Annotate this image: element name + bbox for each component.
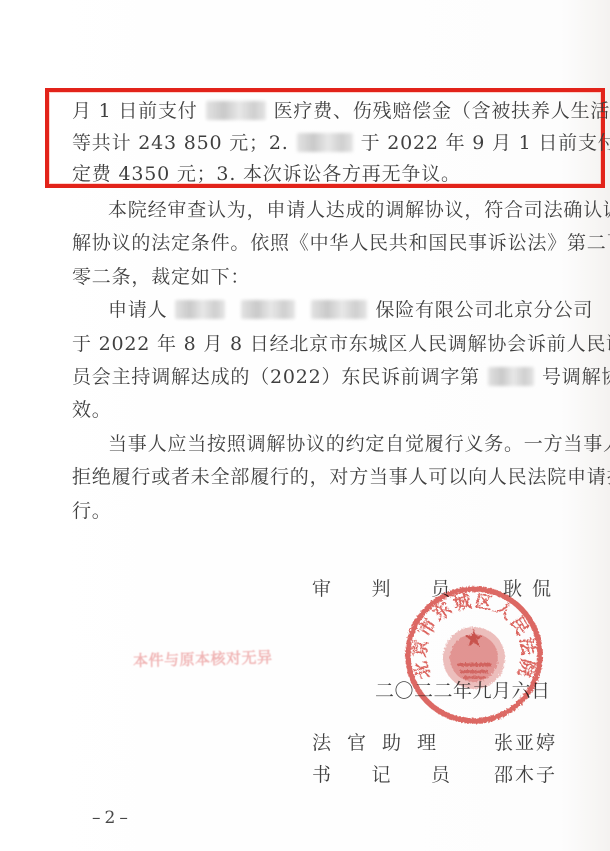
text-segment: 医疗费、伤残赔偿金（含被扶养人生活费） — [274, 100, 610, 122]
clerk-name: 邵木子 — [494, 760, 557, 787]
assistant-signature-row: 法官助理 张亚婷 — [312, 728, 557, 755]
text-line: 等共计 243 850 元；2.于 2022 年 9 月 1 日前支付鉴 — [72, 128, 601, 160]
verification-stamp: 本件与原本核对无异 — [133, 646, 273, 671]
text-line: 行。 — [72, 495, 587, 528]
seal-emblem — [443, 627, 505, 689]
text-line: 拒绝履行或者未全部履行的，对方当事人可以向人民法院申请执 — [72, 461, 587, 494]
text-segment: 号调解协议有 — [542, 366, 610, 388]
text-segment: 申请人 — [108, 299, 167, 321]
label-char: 理 — [417, 728, 436, 755]
text-segment: 零二条，裁定如下： — [72, 266, 250, 288]
text-segment: 保险有限公司北京分公司 — [375, 299, 593, 321]
assistant-name: 张亚婷 — [494, 728, 557, 755]
clerk-title-label: 书记员 — [312, 760, 450, 787]
text-line: 零二条，裁定如下： — [72, 261, 587, 294]
text-line: 本院经审查认为，申请人达成的调解协议，符合司法确认调 — [72, 194, 587, 227]
label-char: 审 — [312, 574, 331, 601]
text-segment: 定费 4350 元；3. 本次诉讼各方再无争议。 — [72, 163, 461, 185]
text-segment: 效。 — [72, 399, 112, 421]
text-line: 定费 4350 元；3. 本次诉讼各方再无争议。 — [72, 159, 601, 191]
label-char: 助 — [382, 728, 401, 755]
text-segment: 解协议的法定条件。依照《中华人民共和国民事诉讼法》第二百 — [72, 232, 610, 254]
text-segment: 行。 — [72, 500, 112, 522]
text-segment: 当事人应当按照调解协议的约定自觉履行义务。一方当事人 — [108, 433, 610, 455]
label-char: 官 — [347, 728, 366, 755]
text-line: 申请人保险有限公司北京分公司 — [72, 294, 587, 327]
label-char: 判 — [371, 574, 390, 601]
redacted-text — [488, 367, 534, 386]
text-segment: 于 2022 年 8 月 8 日经北京市东城区人民调解协会诉前人民调解委 — [72, 333, 610, 355]
ruling-body-text: 本院经审查认为，申请人达成的调解协议，符合司法确认调解协议的法定条件。依照《中华… — [72, 194, 587, 528]
assistant-title-label: 法官助理 — [312, 728, 436, 755]
redacted-text — [297, 133, 353, 152]
text-line: 员会主持调解达成的（2022）东民诉前调字第号调解协议有 — [72, 361, 587, 394]
text-line: 月 1 日前支付医疗费、伤残赔偿金（含被扶养人生活费） — [72, 96, 601, 128]
text-segment: 员会主持调解达成的（2022）东民诉前调字第 — [72, 366, 480, 388]
document-page: 月 1 日前支付医疗费、伤残赔偿金（含被扶养人生活费）等共计 243 850 元… — [0, 0, 610, 851]
text-segment: 拒绝履行或者未全部履行的，对方当事人可以向人民法院申请执 — [72, 466, 610, 488]
clerk-signature-row: 书记员 邵木子 — [312, 760, 557, 787]
redacted-text — [311, 300, 367, 319]
label-char: 员 — [431, 760, 450, 787]
text-line: 于 2022 年 8 月 8 日经北京市东城区人民调解协会诉前人民调解委 — [72, 328, 587, 361]
court-seal-stamp: 北京市东城区人民法院 — [398, 579, 550, 731]
label-char: 法 — [312, 728, 331, 755]
page-number: –2– — [92, 808, 132, 828]
redacted-text — [206, 101, 266, 120]
redacted-text — [175, 300, 225, 319]
text-line: 当事人应当按照调解协议的约定自觉履行义务。一方当事人 — [72, 428, 587, 461]
text-segment: 本院经审查认为，申请人达成的调解协议，符合司法确认调 — [108, 199, 610, 221]
text-line: 解协议的法定条件。依照《中华人民共和国民事诉讼法》第二百 — [72, 227, 587, 260]
text-segment: 于 2022 年 9 月 1 日前支付 — [361, 132, 610, 154]
highlight-red-box: 月 1 日前支付医疗费、伤残赔偿金（含被扶养人生活费）等共计 243 850 元… — [45, 88, 605, 188]
text-line: 效。 — [72, 394, 587, 427]
label-char: 书 — [312, 760, 331, 787]
label-char: 记 — [371, 760, 390, 787]
text-segment: 等共计 243 850 元；2. — [72, 132, 289, 154]
text-segment: 月 1 日前支付 — [72, 100, 198, 122]
redacted-text — [241, 300, 295, 319]
